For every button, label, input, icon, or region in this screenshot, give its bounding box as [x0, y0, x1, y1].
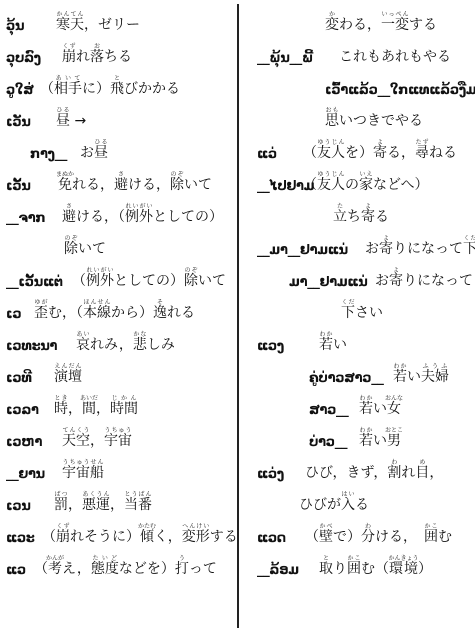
- gloss-text: ねる: [429, 145, 457, 161]
- gloss-text: などへ）: [373, 177, 428, 193]
- kanji: 友人: [317, 145, 345, 161]
- dictionary-entry: ວຸບລົງ崩くずれ落おちる: [0, 38, 236, 68]
- kanji-with-furigana: 寄よ: [389, 273, 403, 289]
- kanji-with-furigana: 落お: [90, 49, 104, 65]
- furigana: うちゅう: [104, 427, 132, 434]
- japanese-gloss: 避さける，（例外れいがいとしての）: [62, 203, 223, 226]
- lao-headword: ສາວ__: [309, 403, 348, 418]
- furigana: よ: [389, 267, 403, 274]
- gloss-text: ，ゼリー: [84, 17, 140, 33]
- kanji-with-furigana: 入はい: [341, 497, 355, 513]
- japanese-gloss: 若わかい女おんな: [359, 395, 403, 418]
- gloss-text: お: [80, 145, 94, 161]
- lao-headword: __ພຸ້ນ__ພີ້: [257, 51, 313, 66]
- japanese-gloss: 崩くずれ落おちる: [62, 43, 132, 66]
- furigana: まぬか: [56, 171, 74, 178]
- kanji-with-furigana: 当番とうばん: [124, 497, 152, 513]
- japanese-gloss: お昼ひる: [80, 139, 108, 162]
- gloss-text: い: [333, 337, 347, 353]
- kanji-with-furigana: 避さ: [62, 209, 76, 225]
- kanji: 本線: [83, 305, 111, 321]
- kanji-with-furigana: 壁かべ: [319, 529, 333, 545]
- kanji: 時間: [110, 401, 138, 417]
- furigana: ひる: [56, 107, 70, 114]
- kanji-with-furigana: 悪運あくうん: [82, 497, 110, 513]
- japanese-gloss: 天空てんくう，宇宙うちゅう: [62, 427, 132, 450]
- dictionary-entry: ວູໃສ່（相手あいてに）飛とびかかる: [0, 70, 236, 100]
- kanji: 寄: [389, 273, 403, 289]
- gloss-text: しみ: [147, 337, 175, 353]
- lao-headword: ກາງ__: [30, 147, 67, 162]
- dictionary-entry: 下ください: [241, 294, 475, 324]
- kanji: 悲: [133, 337, 147, 353]
- kanji-with-furigana: 昼ひる: [56, 113, 70, 129]
- furigana: あいて: [54, 75, 82, 82]
- kanji-with-furigana: 目め: [415, 465, 429, 481]
- gloss-text: く，: [154, 529, 182, 545]
- gloss-text: る，: [387, 145, 415, 161]
- kanji: 目: [415, 465, 429, 481]
- gloss-text: ひび，きず，: [305, 465, 387, 481]
- japanese-gloss: （考かんがえ，態度たいどなどを）打うって: [34, 555, 217, 578]
- furigana: れいがい: [86, 267, 114, 274]
- gloss-text: いて: [78, 241, 106, 257]
- kanji-with-furigana: 除のぞ: [184, 273, 198, 289]
- kanji: 変形: [182, 529, 210, 545]
- kanji: 打: [175, 561, 189, 577]
- kanji: 取: [319, 561, 333, 577]
- furigana: よ: [361, 203, 375, 210]
- kanji: 寄: [373, 145, 387, 161]
- lao-headword: ແວ່ງ: [257, 467, 284, 482]
- kanji: 悪運: [82, 497, 110, 513]
- japanese-gloss: 免まぬかれる，避さける，除のぞいて: [56, 171, 212, 194]
- japanese-gloss: 哀あいれみ，悲かなしみ: [76, 331, 175, 354]
- gloss-text: ける，（: [76, 209, 125, 225]
- gloss-text: れ: [401, 465, 415, 481]
- kanji-with-furigana: 演壇えんだん: [54, 369, 82, 385]
- gloss-text: する: [210, 529, 238, 545]
- gloss-text: （: [72, 273, 86, 289]
- kanji: 若: [393, 369, 407, 385]
- gloss-text: ける，: [128, 177, 170, 193]
- kanji: 例外: [125, 209, 153, 225]
- kanji-with-furigana: 思おも: [325, 113, 339, 129]
- lao-headword: __ຍານ: [6, 467, 45, 482]
- furigana: さ: [62, 203, 76, 210]
- kanji-with-furigana: 下くだ: [341, 305, 355, 321]
- furigana: ふうふ: [421, 363, 449, 370]
- japanese-gloss: （崩くずれそうに）傾かたむく，変形へんけいする: [42, 523, 238, 546]
- japanese-gloss: （壁かべで）分わける， 囲かこむ: [305, 523, 452, 546]
- dictionary-entry: ເວລາ時とき，間あいだ，時間じかん: [0, 390, 236, 420]
- japanese-gloss: 演壇えんだん: [54, 363, 82, 386]
- kanji: 囲: [347, 561, 361, 577]
- lao-headword: __ມາ__ຢາມແນ່: [257, 243, 348, 258]
- dictionary-page: ວຸ້ນ寒天かんてん，ゼリーວຸບລົງ崩くずれ落おちるວູໃສ່（相手あいてに…: [0, 0, 475, 634]
- kanji-with-furigana: 友人ゆうじん: [317, 145, 345, 161]
- furigana: た: [333, 203, 347, 210]
- furigana: ひる: [94, 139, 108, 146]
- gloss-text: ち: [347, 209, 361, 225]
- kanji: 寒天: [56, 17, 84, 33]
- lao-headword: __ເວັ້ນແຕ່: [6, 275, 63, 290]
- lao-headword: ວຸ້ນ: [6, 19, 24, 34]
- japanese-gloss: （友人ゆうじんを）寄よる，尋たずねる: [303, 139, 457, 162]
- lao-headword: ເວ: [6, 307, 21, 322]
- kanji-with-furigana: 間あいだ: [82, 401, 96, 417]
- gloss-text: の: [345, 177, 359, 193]
- kanji-with-furigana: 宇宙うちゅう: [104, 433, 132, 449]
- furigana: おとこ: [385, 427, 403, 434]
- kanji: 立: [333, 209, 347, 225]
- gloss-text: む（: [361, 561, 389, 577]
- kanji-with-furigana: 友人ゆうじん: [317, 177, 345, 193]
- kanji: 変: [325, 17, 339, 33]
- gloss-text: り: [333, 561, 347, 577]
- furigana: いっぺん: [381, 11, 409, 18]
- kanji-with-furigana: 傾かたむ: [140, 529, 154, 545]
- kanji: 若: [359, 401, 373, 417]
- lao-headword: ແວງ: [257, 339, 284, 354]
- furigana: くだ: [463, 235, 475, 242]
- gloss-text: ，: [429, 465, 443, 481]
- furigana: のぞ: [184, 267, 198, 274]
- furigana: わ: [361, 523, 375, 530]
- furigana: ゆうじん: [317, 139, 345, 146]
- furigana: くだ: [341, 299, 355, 306]
- furigana: お: [90, 43, 104, 50]
- kanji-with-furigana: 昼ひる: [94, 145, 108, 161]
- furigana: ゆが: [34, 299, 48, 306]
- gloss-text: ひびが: [299, 497, 341, 513]
- japanese-gloss: ひびが入はいる: [299, 491, 369, 514]
- kanji-with-furigana: 立た: [333, 209, 347, 225]
- kanji: 尋: [415, 145, 429, 161]
- gloss-text: する: [409, 17, 437, 33]
- kanji-with-furigana: 罰ばつ: [54, 497, 68, 513]
- kanji-with-furigana: 打う: [175, 561, 189, 577]
- furigana: ばつ: [54, 491, 68, 498]
- kanji: 女: [385, 401, 403, 417]
- dictionary-entry: ແວະ（崩くずれそうに）傾かたむく，変形へんけいする: [0, 518, 236, 548]
- furigana: うちゅうせん: [62, 459, 104, 466]
- kanji-with-furigana: 下くだ: [463, 241, 475, 257]
- kanji: 若: [359, 433, 373, 449]
- gloss-text: としての）: [153, 209, 223, 225]
- furigana: ほんせん: [83, 299, 111, 306]
- furigana: くず: [62, 43, 76, 50]
- kanji-with-furigana: 囲かこ: [347, 561, 361, 577]
- lao-headword: ແວ່: [257, 147, 277, 162]
- kanji: 飛: [110, 81, 124, 97]
- kanji: 夫婦: [421, 369, 449, 385]
- kanji: 哀: [76, 337, 90, 353]
- gloss-text: などを）: [119, 561, 175, 577]
- kanji: 家: [359, 177, 373, 193]
- furigana: と: [110, 75, 124, 82]
- furigana: はい: [341, 491, 355, 498]
- japanese-gloss: 歪ゆがむ，（本線ほんせんから）逸それる: [34, 299, 195, 322]
- furigana: とき: [54, 395, 68, 402]
- kanji: 壁: [319, 529, 333, 545]
- kanji-with-furigana: 哀あい: [76, 337, 90, 353]
- kanji: 男: [385, 433, 403, 449]
- gloss-text: さい: [355, 305, 383, 321]
- gloss-text: お: [365, 241, 379, 257]
- gloss-text: びかかる: [124, 81, 180, 97]
- dictionary-entry: 思おもいつきでやる: [241, 102, 475, 132]
- dictionary-entry: ມາ__ຢາມແນ່お寄よりになって: [241, 262, 475, 292]
- furigana: かな: [133, 331, 147, 338]
- kanji: 昼: [56, 113, 70, 129]
- kanji: 崩: [56, 529, 70, 545]
- kanji: 思: [325, 113, 339, 129]
- furigana: へんけい: [182, 523, 210, 530]
- furigana: わか: [359, 395, 373, 402]
- kanji: 一変: [381, 17, 409, 33]
- kanji-with-furigana: 避さ: [114, 177, 128, 193]
- kanji-with-furigana: 若わか: [393, 369, 407, 385]
- gloss-text: ，: [110, 497, 124, 513]
- furigana: あくうん: [82, 491, 110, 498]
- gloss-text: りになって: [393, 241, 463, 257]
- furigana: くず: [56, 523, 70, 530]
- furigana: かべ: [319, 523, 333, 530]
- furigana: わか: [319, 331, 333, 338]
- japanese-gloss: 立たち寄よる: [333, 203, 389, 226]
- lao-headword: ເວົ້າແລ້ວ__ໃກແທແລ້ວງືມ: [325, 83, 475, 98]
- gloss-text: いて: [184, 177, 212, 193]
- japanese-gloss: 罰ばつ，悪運あくうん，当番とうばん: [54, 491, 152, 514]
- gloss-text: れ: [76, 49, 90, 65]
- furigana: ゆうじん: [317, 171, 345, 178]
- gloss-text: （: [42, 529, 56, 545]
- lao-headword: ເວທະນາ: [6, 339, 57, 354]
- furigana: か: [325, 11, 339, 18]
- japanese-gloss: 寒天かんてん，ゼリー: [56, 11, 140, 34]
- japanese-gloss: 変かわる，一変いっぺんする: [325, 11, 437, 34]
- gloss-text: え，: [62, 561, 91, 577]
- dictionary-entry: ບ່າວ__若わかい男おとこ: [241, 422, 475, 452]
- gloss-text: （: [303, 145, 317, 161]
- kanji: 寄: [379, 241, 393, 257]
- kanji: 避: [114, 177, 128, 193]
- kanji: 囲: [424, 529, 438, 545]
- dictionary-entry: 立たち寄よる: [241, 198, 475, 228]
- furigana: てんくう: [62, 427, 90, 434]
- dictionary-entry: ເວນ罰ばつ，悪運あくうん，当番とうばん: [0, 486, 236, 516]
- lao-headword: ບ່າວ__: [309, 435, 347, 450]
- japanese-gloss: 取とり囲かこむ（環境かんきょう）: [319, 555, 432, 578]
- japanese-gloss: ひび，きず，割われ目め，: [305, 459, 443, 482]
- kanji: 若: [319, 337, 333, 353]
- kanji-with-furigana: 本線ほんせん: [83, 305, 111, 321]
- dictionary-entry: __ໄປຢາມ（友人ゆうじんの家いえなどへ）: [241, 166, 475, 196]
- gloss-text: む: [438, 529, 452, 545]
- furigana: わ: [387, 459, 401, 466]
- kanji: 態度: [91, 561, 119, 577]
- gloss-text: わる，: [339, 17, 381, 33]
- lao-headword: ເວທີ: [6, 371, 32, 386]
- lao-headword: ເວັ້ນ: [6, 179, 31, 194]
- gloss-text: る: [355, 497, 369, 513]
- furigana: かたむ: [138, 523, 156, 530]
- kanji: 歪: [34, 305, 48, 321]
- dictionary-entry: __ຈາກ避さける，（例外れいがいとしての）: [0, 198, 236, 228]
- dictionary-entry: __ມາ__ຢາມແນ່お寄よりになって下ください: [241, 230, 475, 260]
- gloss-text: りになって: [403, 273, 473, 289]
- kanji: 時: [54, 401, 68, 417]
- kanji-with-furigana: 囲かこ: [424, 529, 438, 545]
- lao-headword: __ລ້ອມ: [257, 563, 299, 578]
- lao-headword: ວຸບລົງ: [6, 51, 41, 66]
- furigana: そ: [153, 299, 167, 306]
- kanji-with-furigana: 歪ゆが: [34, 305, 48, 321]
- dictionary-entry: __ເວັ້ນແຕ່（例外れいがいとしての）除のぞいて: [0, 262, 236, 292]
- dictionary-entry: ເວັ້ນ免まぬかれる，避さける，除のぞいて: [0, 166, 236, 196]
- furigana: う: [175, 555, 189, 562]
- lao-headword: ມາ__ຢາມແນ່: [289, 275, 367, 290]
- japanese-gloss: お寄よりになって下ください: [365, 235, 475, 258]
- furigana: よ: [373, 139, 387, 146]
- kanji-with-furigana: 例外れいがい: [125, 209, 153, 225]
- dictionary-entry: __ຍານ宇宙船うちゅうせん: [0, 454, 236, 484]
- gloss-text: （: [303, 177, 317, 193]
- furigana: おも: [325, 107, 339, 114]
- kanji-with-furigana: 寄よ: [373, 145, 387, 161]
- furigana: たいど: [91, 555, 119, 562]
- kanji-with-furigana: 取と: [319, 561, 333, 577]
- lao-headword: ແວ: [6, 563, 26, 578]
- kanji: 環境: [389, 561, 419, 577]
- furigana: とうばん: [124, 491, 152, 498]
- gloss-text: （: [40, 81, 54, 97]
- kanji-with-furigana: 考かんが: [48, 561, 62, 577]
- dictionary-entry: ເວົ້າແລ້ວ__ໃກແທແລ້ວງືມ: [241, 70, 475, 100]
- dictionary-entry: ກາງ__お昼ひる: [0, 134, 236, 164]
- gloss-text: い: [407, 369, 421, 385]
- gloss-text: いて: [198, 273, 226, 289]
- japanese-gloss: （友人ゆうじんの家いえなどへ）: [303, 171, 428, 194]
- japanese-gloss: 若わかい: [319, 331, 347, 354]
- gloss-text: れそうに）: [70, 529, 140, 545]
- kanji: 当番: [124, 497, 152, 513]
- lao-headword: ເວນ: [6, 499, 31, 514]
- dictionary-entry: 除のぞいて: [0, 230, 236, 260]
- kanji: 落: [90, 49, 104, 65]
- kanji: 崩: [62, 49, 76, 65]
- dictionary-entry: __ລ້ອມ取とり囲かこむ（環境かんきょう）: [241, 550, 475, 580]
- furigana: のぞ: [170, 171, 184, 178]
- kanji: 逸: [153, 305, 167, 321]
- kanji-with-furigana: 崩くず: [56, 529, 70, 545]
- furigana: かこ: [347, 555, 361, 562]
- kanji: 分: [361, 529, 375, 545]
- kanji-with-furigana: 時間じかん: [110, 401, 138, 417]
- kanji-with-furigana: 分わ: [361, 529, 375, 545]
- gloss-text: ，: [90, 433, 104, 449]
- kanji: 避: [62, 209, 76, 225]
- dictionary-entry: 変かわる，一変いっぺんする: [241, 6, 475, 36]
- dictionary-entry: ເວັນ昼ひる →: [0, 102, 236, 132]
- dictionary-entry: ເວຫາ天空てんくう，宇宙うちゅう: [0, 422, 236, 452]
- japanese-gloss: （例外れいがいとしての）除のぞいて: [72, 267, 226, 290]
- kanji: 演壇: [54, 369, 82, 385]
- kanji-with-furigana: 寄よ: [361, 209, 375, 225]
- kanji-with-furigana: 態度たいど: [91, 561, 119, 577]
- gloss-text: で）: [333, 529, 361, 545]
- kanji: 天空: [62, 433, 90, 449]
- lao-headword: ວູໃສ່: [6, 83, 34, 98]
- kanji-with-furigana: 除のぞ: [64, 241, 78, 257]
- gloss-text: れみ，: [90, 337, 133, 353]
- kanji: 除: [64, 241, 78, 257]
- furigana: と: [319, 555, 333, 562]
- kanji: 下: [341, 305, 355, 321]
- japanese-gloss: 若わかい夫婦ふうふ: [393, 363, 449, 386]
- kanji: 除: [184, 273, 198, 289]
- kanji-with-furigana: 若わか: [319, 337, 333, 353]
- kanji: 寄: [361, 209, 375, 225]
- gloss-text: む，（: [48, 305, 83, 321]
- kanji: 入: [341, 497, 355, 513]
- gloss-text: いつきでやる: [339, 113, 423, 129]
- kanji-with-furigana: 夫婦ふうふ: [421, 369, 449, 385]
- kanji: 例外: [86, 273, 114, 289]
- gloss-text: から）: [111, 305, 153, 321]
- kanji-with-furigana: 宇宙船うちゅうせん: [62, 465, 104, 481]
- gloss-text: →: [70, 113, 86, 129]
- lao-headword: __ຈາກ: [6, 211, 45, 226]
- kanji-with-furigana: 悲かな: [133, 337, 147, 353]
- column-divider: [237, 4, 239, 628]
- kanji: 相手: [54, 81, 82, 97]
- kanji-with-furigana: 逸そ: [153, 305, 167, 321]
- gloss-text: れる，: [72, 177, 114, 193]
- kanji-with-furigana: 飛と: [110, 81, 124, 97]
- japanese-gloss: 若わかい男おとこ: [359, 427, 403, 450]
- kanji-with-furigana: 崩くず: [62, 49, 76, 65]
- furigana: め: [415, 459, 429, 466]
- japanese-gloss: お寄よりになって: [375, 267, 473, 290]
- furigana: じかん: [110, 395, 138, 402]
- japanese-gloss: 除のぞいて: [64, 235, 106, 258]
- gloss-text: としての）: [114, 273, 184, 289]
- japanese-gloss: 下ください: [341, 299, 383, 322]
- kanji-with-furigana: 割わ: [387, 465, 401, 481]
- furigana: さ: [114, 171, 128, 178]
- kanji-with-furigana: 時とき: [54, 401, 68, 417]
- kanji-with-furigana: 相手あいて: [54, 81, 82, 97]
- gloss-text: に）: [82, 81, 110, 97]
- kanji: 友人: [317, 177, 345, 193]
- lao-headword: ແວະ: [6, 531, 35, 546]
- gloss-text: って: [189, 561, 217, 577]
- lao-headword: ເວລາ: [6, 403, 39, 418]
- gloss-text: ける，: [375, 529, 424, 545]
- kanji-with-furigana: 若わか: [359, 401, 373, 417]
- lao-headword: ແວດ: [257, 531, 286, 546]
- furigana: のぞ: [64, 235, 78, 242]
- kanji: 宇宙: [104, 433, 132, 449]
- dictionary-entry: ວຸ້ນ寒天かんてん，ゼリー: [0, 6, 236, 36]
- furigana: あいだ: [80, 395, 98, 402]
- gloss-text: これもあれもやる: [339, 49, 451, 65]
- kanji: 罰: [54, 497, 68, 513]
- kanji-with-furigana: 一変いっぺん: [381, 17, 409, 33]
- furigana: おんな: [385, 395, 403, 402]
